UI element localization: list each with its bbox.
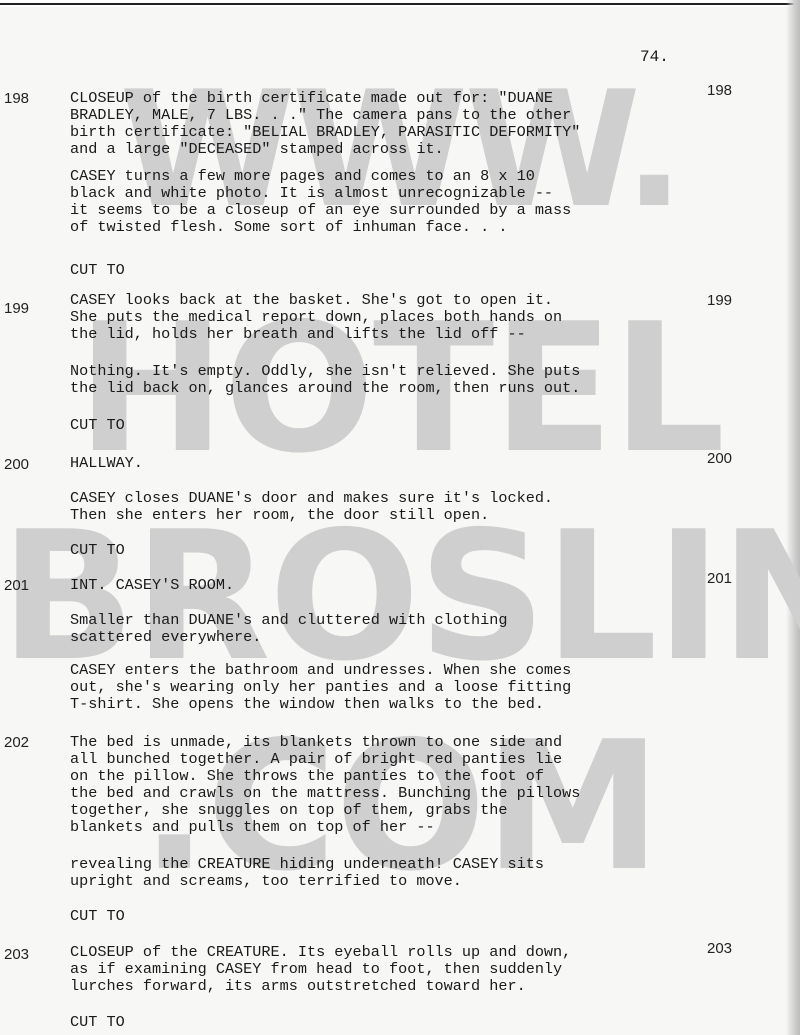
action-paragraph: The bed is unmade, its blankets thrown t… — [70, 734, 710, 836]
transition-cut-to: CUT TO — [70, 417, 710, 434]
action-paragraph: Smaller than DUANE's and cluttered with … — [70, 612, 710, 646]
action-paragraph: CLOSEUP of the CREATURE. Its eyeball rol… — [70, 944, 710, 995]
transition-cut-to: CUT TO — [70, 1014, 710, 1031]
top-border-rule — [0, 0, 800, 7]
transition-cut-to: CUT TO — [70, 542, 710, 559]
scene-heading: HALLWAY. — [70, 455, 710, 472]
action-paragraph: CASEY enters the bathroom and undresses.… — [70, 662, 710, 713]
action-paragraph: Nothing. It's empty. Oddly, she isn't re… — [70, 363, 710, 397]
scene-number-right: 201 — [707, 570, 732, 587]
page-number: 74. — [640, 48, 669, 66]
watermark-line-3: BROSLIN — [0, 508, 800, 686]
action-paragraph: CASEY turns a few more pages and comes t… — [70, 168, 710, 236]
scene-number-left: 203 — [4, 946, 29, 963]
scene-number-left: 202 — [4, 734, 29, 751]
scene-number-left: 199 — [4, 300, 29, 317]
scene-number-right: 198 — [707, 82, 732, 99]
action-paragraph: CLOSEUP of the birth certificate made ou… — [70, 90, 710, 158]
action-paragraph: CASEY closes DUANE's door and makes sure… — [70, 490, 710, 524]
scene-number-left: 201 — [4, 577, 29, 594]
transition-cut-to: CUT TO — [70, 262, 710, 279]
scene-number-right: 200 — [707, 450, 732, 467]
scene-number-right: 203 — [707, 940, 732, 957]
action-paragraph: CASEY looks back at the basket. She's go… — [70, 292, 710, 343]
scene-number-left: 198 — [4, 90, 29, 107]
action-paragraph: revealing the CREATURE hiding underneath… — [70, 856, 710, 890]
transition-cut-to: CUT TO — [70, 908, 710, 925]
scene-number-left: 200 — [4, 456, 29, 473]
scene-heading: INT. CASEY'S ROOM. — [70, 577, 710, 594]
scene-number-right: 199 — [707, 292, 732, 309]
